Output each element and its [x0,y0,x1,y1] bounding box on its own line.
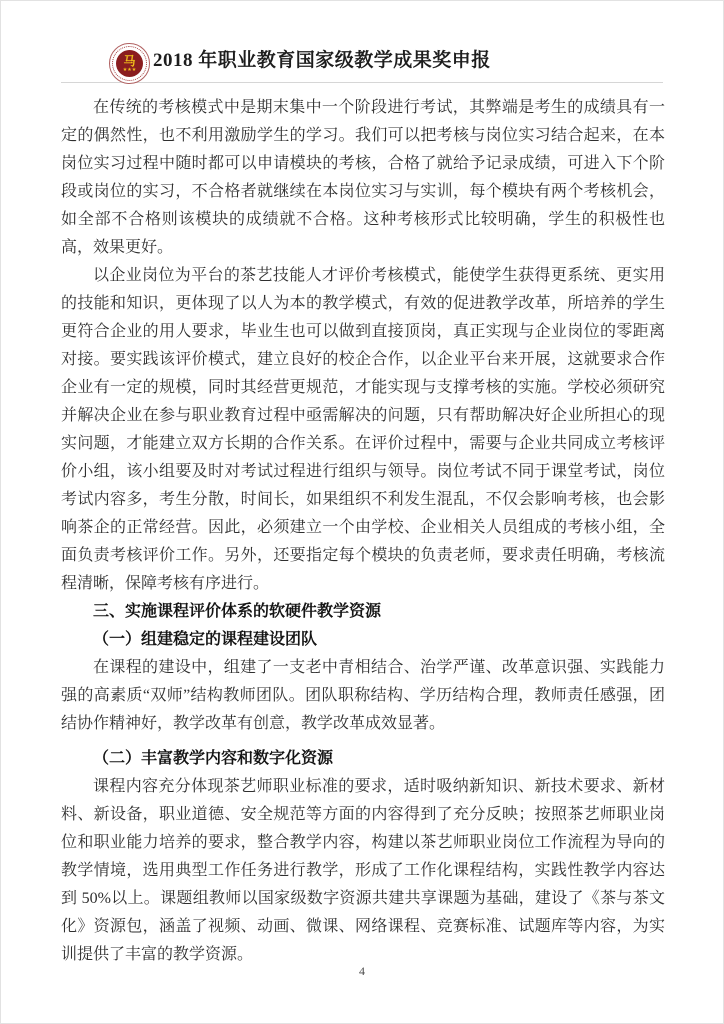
header-title: 2018 年职业教育国家级教学成果奖申报 [153,39,491,83]
paragraph-1: 在传统的考核模式中是期末集中一个阶段进行考试，其弊端是考生的成绩具有一定的偶然性… [61,94,665,262]
seal-ring: 马 ★★★ [112,46,147,81]
seal-horse-glyph: 马 [123,55,135,67]
page-header: 马 ★★★ 2018 年职业教育国家级教学成果奖申报 [61,39,663,83]
school-seal-icon: 马 ★★★ [109,43,150,84]
document-page: 马 ★★★ 2018 年职业教育国家级教学成果奖申报 在传统的考核模式中是期末集… [0,0,724,1024]
paragraph-2: 以企业岗位为平台的茶艺技能人才评价考核模式，能使学生获得更系统、更实用的技能和知… [61,262,665,598]
page-number: 4 [1,964,723,979]
subsection-heading-2: （二）丰富教学内容和数字化资源 [61,745,665,773]
section-heading-3: 三、实施课程评价体系的软硬件教学资源 [61,598,665,626]
subsection-heading-1: （一）组建稳定的课程建设团队 [61,626,665,654]
paragraph-3: 在课程的建设中，组建了一支老中青相结合、治学严谨、改革意识强、实践能力强的高素质… [61,654,665,738]
seal-stars: ★★★ [123,68,136,73]
seal-core: 马 ★★★ [116,50,143,77]
paragraph-4: 课程内容充分体现茶艺师职业标准的要求，适时吸纳新知识、新技术要求、新材料、新设备… [61,773,665,969]
document-body: 在传统的考核模式中是期末集中一个阶段进行考试，其弊端是考生的成绩具有一定的偶然性… [61,94,665,969]
